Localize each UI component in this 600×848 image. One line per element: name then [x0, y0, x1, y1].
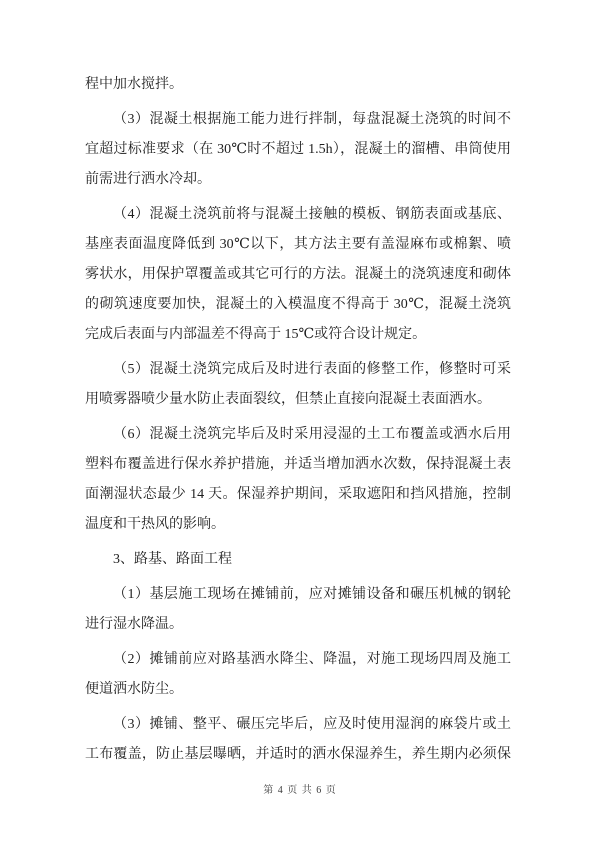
paragraph-line: 程中加水搅拌。	[85, 70, 511, 100]
paragraph-line: 雾状水，用保护罩覆盖或其它可行的方法。混凝土的浇筑速度和砌体	[85, 260, 511, 290]
paragraph-line: 3、路基、路面工程	[85, 545, 511, 575]
paragraph-line: （5）混凝土浇筑完成后及时进行表面的修整工作，修整时可采	[85, 355, 511, 385]
section-heading: 3、路基、路面工程	[85, 545, 511, 575]
paragraph-line: 宜超过标准要求（在 30℃时不超过 1.5h），混凝土的溜槽、串筒使用	[85, 135, 511, 165]
paragraph-line: 便道洒水防尘。	[85, 675, 511, 705]
paragraph-line: 面潮湿状态最少 14 天。保湿养护期间，采取遮阳和挡风措施，控制	[85, 480, 511, 510]
page-footer: 第 4 页 共 6 页	[0, 783, 600, 799]
paragraph-line: （2）摊铺前应对路基洒水降尘、降温，对施工现场四周及施工	[85, 645, 511, 675]
paragraph-line: 塑料布覆盖进行保水养护措施，并适当增加洒水次数，保持混凝土表	[85, 450, 511, 480]
paragraph-line: 前需进行洒水冷却。	[85, 165, 511, 195]
paragraph: （3）摊铺、整平、碾压完毕后，应及时使用湿润的麻袋片或土工布覆盖，防止基层曝晒，…	[85, 710, 511, 770]
paragraph-line: （3）混凝土根据施工能力进行拌制，每盘混凝土浇筑的时间不	[85, 105, 511, 135]
paragraph: （4）混凝土浇筑前将与混凝土接触的模板、钢筋表面或基底、基座表面温度降低到 30…	[85, 200, 511, 350]
paragraph: （1）基层施工现场在摊铺前，应对摊铺设备和碾压机械的钢轮进行湿水降温。	[85, 580, 511, 640]
paragraph: （6）混凝土浇筑完毕后及时采用浸湿的土工布覆盖或洒水后用塑料布覆盖进行保水养护措…	[85, 420, 511, 540]
paragraph: （3）混凝土根据施工能力进行拌制，每盘混凝土浇筑的时间不宜超过标准要求（在 30…	[85, 105, 511, 195]
paragraph-line: （4）混凝土浇筑前将与混凝土接触的模板、钢筋表面或基底、	[85, 200, 511, 230]
document-body: 程中加水搅拌。（3）混凝土根据施工能力进行拌制，每盘混凝土浇筑的时间不宜超过标准…	[85, 70, 511, 775]
paragraph: 程中加水搅拌。	[85, 70, 511, 100]
paragraph: （5）混凝土浇筑完成后及时进行表面的修整工作，修整时可采用喷雾器喷少量水防止表面…	[85, 355, 511, 415]
paragraph: （2）摊铺前应对路基洒水降尘、降温，对施工现场四周及施工便道洒水防尘。	[85, 645, 511, 705]
document-page: 程中加水搅拌。（3）混凝土根据施工能力进行拌制，每盘混凝土浇筑的时间不宜超过标准…	[0, 0, 600, 848]
paragraph-line: （1）基层施工现场在摊铺前，应对摊铺设备和碾压机械的钢轮	[85, 580, 511, 610]
footer-page-indicator: 第 4 页 共 6 页	[263, 785, 337, 796]
paragraph-line: 进行湿水降温。	[85, 610, 511, 640]
paragraph-line: 的砌筑速度要加快，混凝土的入模温度不得高于 30℃，混凝土浇筑	[85, 290, 511, 320]
paragraph-line: 工布覆盖，防止基层曝晒，并适时的洒水保湿养生，养生期内必须保	[85, 740, 511, 770]
paragraph-line: 基座表面温度降低到 30℃以下，其方法主要有盖湿麻布或棉絮、喷	[85, 230, 511, 260]
paragraph-line: 温度和干热风的影响。	[85, 510, 511, 540]
paragraph-line: 用喷雾器喷少量水防止表面裂纹，但禁止直接向混凝土表面洒水。	[85, 385, 511, 415]
paragraph-line: （6）混凝土浇筑完毕后及时采用浸湿的土工布覆盖或洒水后用	[85, 420, 511, 450]
paragraph-line: （3）摊铺、整平、碾压完毕后，应及时使用湿润的麻袋片或土	[85, 710, 511, 740]
paragraph-line: 完成后表面与内部温差不得高于 15℃或符合设计规定。	[85, 320, 511, 350]
